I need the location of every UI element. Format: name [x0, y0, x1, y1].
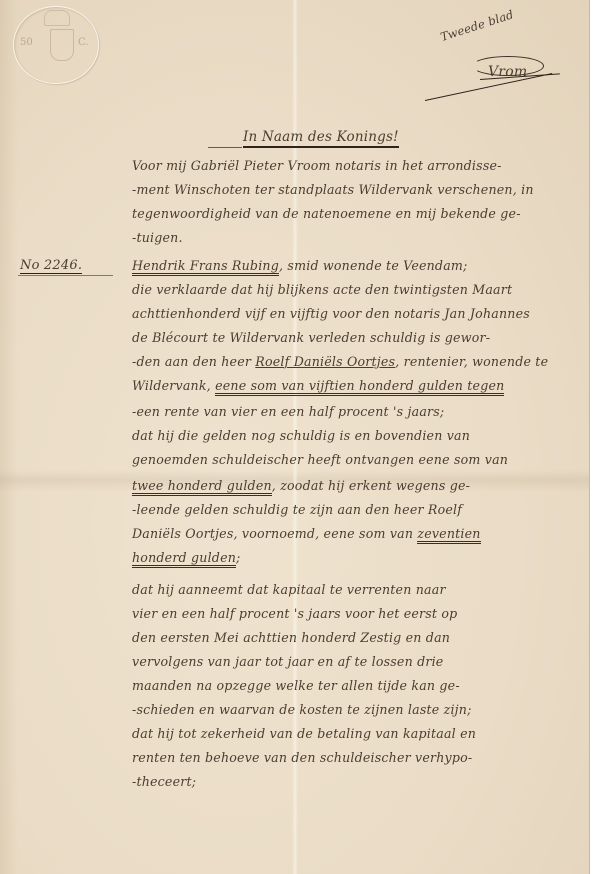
text-line: renten ten behoeve van den schuldeischer…	[132, 750, 472, 765]
text-line: den eersten Mei achttien honderd Zestig …	[132, 630, 450, 645]
text-line: tegenwoordigheid van de natenoemene en m…	[132, 206, 521, 221]
text-line: -leende gelden schuldig te zijn aan den …	[132, 502, 462, 517]
text-line: genoemden schuldeischer heeft ontvangen …	[132, 452, 508, 467]
title-lead-rule	[208, 147, 242, 148]
shield-icon	[50, 29, 74, 61]
text-line: Wildervank, eene som van vijftien honder…	[132, 378, 504, 393]
text-segment: Daniëls Oortjes, voornoemd, eene som van	[132, 526, 417, 541]
sum-amount: zeventien	[417, 526, 480, 544]
text-line: -theceert;	[132, 774, 196, 789]
margin-rule	[18, 275, 113, 276]
text-line: vier en een half procent 's jaars voor h…	[132, 606, 457, 621]
document-title: In Naam des Konings!	[243, 129, 399, 148]
embossed-stamp-icon: 50 C.	[13, 6, 99, 84]
text-line: die verklaarde dat hij blijkens acte den…	[132, 282, 512, 297]
text-line: vervolgens van jaar tot jaar en af te lo…	[132, 654, 443, 669]
text-line: dat hij aanneemt dat kapitaal te verrent…	[132, 582, 446, 597]
text-segment: , zoodat hij erkent wegens ge-	[272, 478, 470, 493]
text-line: dat hij die gelden nog schuldig is en bo…	[132, 428, 470, 443]
page-note: Tweede blad	[439, 7, 516, 44]
text-line: maanden na opzegge welke ter allen tijde…	[132, 678, 460, 693]
text-segment: , rentenier, wonende te	[395, 354, 548, 369]
text-segment: ;	[236, 550, 240, 565]
sum-amount: eene som van vijftien honderd gulden teg…	[215, 378, 504, 396]
party-name: Hendrik Frans Rubing	[132, 258, 279, 276]
text-line: -ment Winschoten ter standplaats Wilderv…	[132, 182, 534, 197]
text-line: -tuigen.	[132, 230, 183, 245]
stamp-value-right: C.	[78, 37, 88, 48]
text-line: -een rente van vier en een half procent …	[132, 404, 444, 419]
text-line: dat hij tot zekerheid van de betaling va…	[132, 726, 476, 741]
text-line: -schieden en waarvan de kosten te zijnen…	[132, 702, 472, 717]
stamp-value-left: 50	[20, 37, 33, 48]
text-line: Hendrik Frans Rubing, smid wonende te Ve…	[132, 258, 468, 273]
text-line: twee honderd gulden, zoodat hij erkent w…	[132, 478, 470, 493]
text-line: achttienhonderd vijf en vijftig voor den…	[132, 306, 530, 321]
sum-amount: honderd gulden	[132, 550, 236, 568]
text-segment: , smid wonende te Veendam;	[279, 258, 468, 273]
sum-amount: twee honderd gulden	[132, 478, 272, 496]
text-line: honderd gulden;	[132, 550, 240, 565]
text-line: Daniëls Oortjes, voornoemd, eene som van…	[132, 526, 481, 541]
deed-number: No 2246.	[20, 258, 82, 276]
creditor-name: Roelf Daniëls Oortjes	[255, 354, 395, 369]
document-page: 50 C. Tweede blad Vrom In Naam des Konin…	[0, 0, 590, 874]
text-line: de Blécourt te Wildervank verleden schul…	[132, 330, 490, 345]
text-line: -den aan den heer Roelf Daniëls Oortjes,…	[132, 354, 548, 369]
text-segment: -den aan den heer	[132, 354, 255, 369]
text-line: Voor mij Gabriël Pieter Vroom notaris in…	[132, 158, 502, 173]
crown-icon	[44, 10, 70, 26]
text-segment: Wildervank,	[132, 378, 215, 393]
